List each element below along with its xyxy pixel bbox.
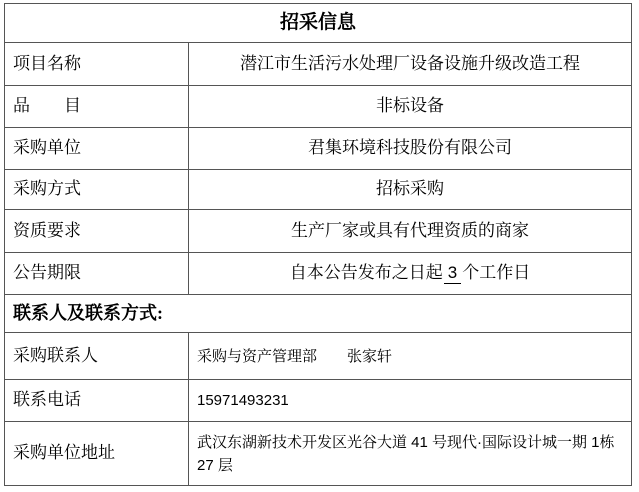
contact-section-header-row: 联系人及联系方式: (5, 295, 632, 333)
table-row-notice-period: 公告期限 自本公告发布之日起3个工作日 (5, 253, 632, 295)
row-value-notice-period: 自本公告发布之日起3个工作日 (189, 253, 632, 295)
table-row-project-name: 项目名称 潜江市生活污水处理厂设备设施升级改造工程 (5, 43, 632, 86)
row-value-purchasing-unit: 君集环境科技股份有限公司 (189, 128, 632, 170)
row-value-purchase-method: 招标采购 (189, 170, 632, 210)
table-row-category: 品 目 非标设备 (5, 86, 632, 128)
row-value-project-name: 潜江市生活污水处理厂设备设施升级改造工程 (189, 43, 632, 86)
row-label-unit-address: 采购单位地址 (5, 422, 189, 486)
notice-period-days: 3 (444, 264, 461, 284)
procurement-info-table: 招采信息 项目名称 潜江市生活污水处理厂设备设施升级改造工程 品 目 非标设备 … (4, 3, 632, 486)
table-row-contact-person: 采购联系人 采购与资产管理部 张家轩 (5, 333, 632, 380)
row-label-notice-period: 公告期限 (5, 253, 189, 295)
row-value-unit-address: 武汉东湖新技术开发区光谷大道 41 号现代·国际设计城一期 1栋 27 层 (189, 422, 632, 486)
row-label-purchase-method: 采购方式 (5, 170, 189, 210)
table-row-purchasing-unit: 采购单位 君集环境科技股份有限公司 (5, 128, 632, 170)
table-title-row: 招采信息 (5, 4, 632, 43)
row-value-category: 非标设备 (189, 86, 632, 128)
table-row-contact-phone: 联系电话 15971493231 (5, 380, 632, 422)
table-row-purchase-method: 采购方式 招标采购 (5, 170, 632, 210)
document-page: 招采信息 项目名称 潜江市生活污水处理厂设备设施升级改造工程 品 目 非标设备 … (0, 0, 639, 492)
row-value-qualification: 生产厂家或具有代理资质的商家 (189, 210, 632, 253)
contact-section-title: 联系人及联系方式: (5, 295, 632, 333)
row-label-contact-phone: 联系电话 (5, 380, 189, 422)
notice-period-suffix: 个工作日 (462, 263, 530, 282)
table-row-qualification: 资质要求 生产厂家或具有代理资质的商家 (5, 210, 632, 253)
row-value-contact-phone: 15971493231 (189, 380, 632, 422)
row-label-qualification: 资质要求 (5, 210, 189, 253)
table-title: 招采信息 (5, 4, 632, 43)
notice-period-prefix: 自本公告发布之日起 (290, 263, 443, 282)
row-value-contact-person: 采购与资产管理部 张家轩 (189, 333, 632, 380)
row-label-contact-person: 采购联系人 (5, 333, 189, 380)
row-label-project-name: 项目名称 (5, 43, 189, 86)
row-label-category: 品 目 (5, 86, 189, 128)
table-row-unit-address: 采购单位地址 武汉东湖新技术开发区光谷大道 41 号现代·国际设计城一期 1栋 … (5, 422, 632, 486)
row-label-purchasing-unit: 采购单位 (5, 128, 189, 170)
